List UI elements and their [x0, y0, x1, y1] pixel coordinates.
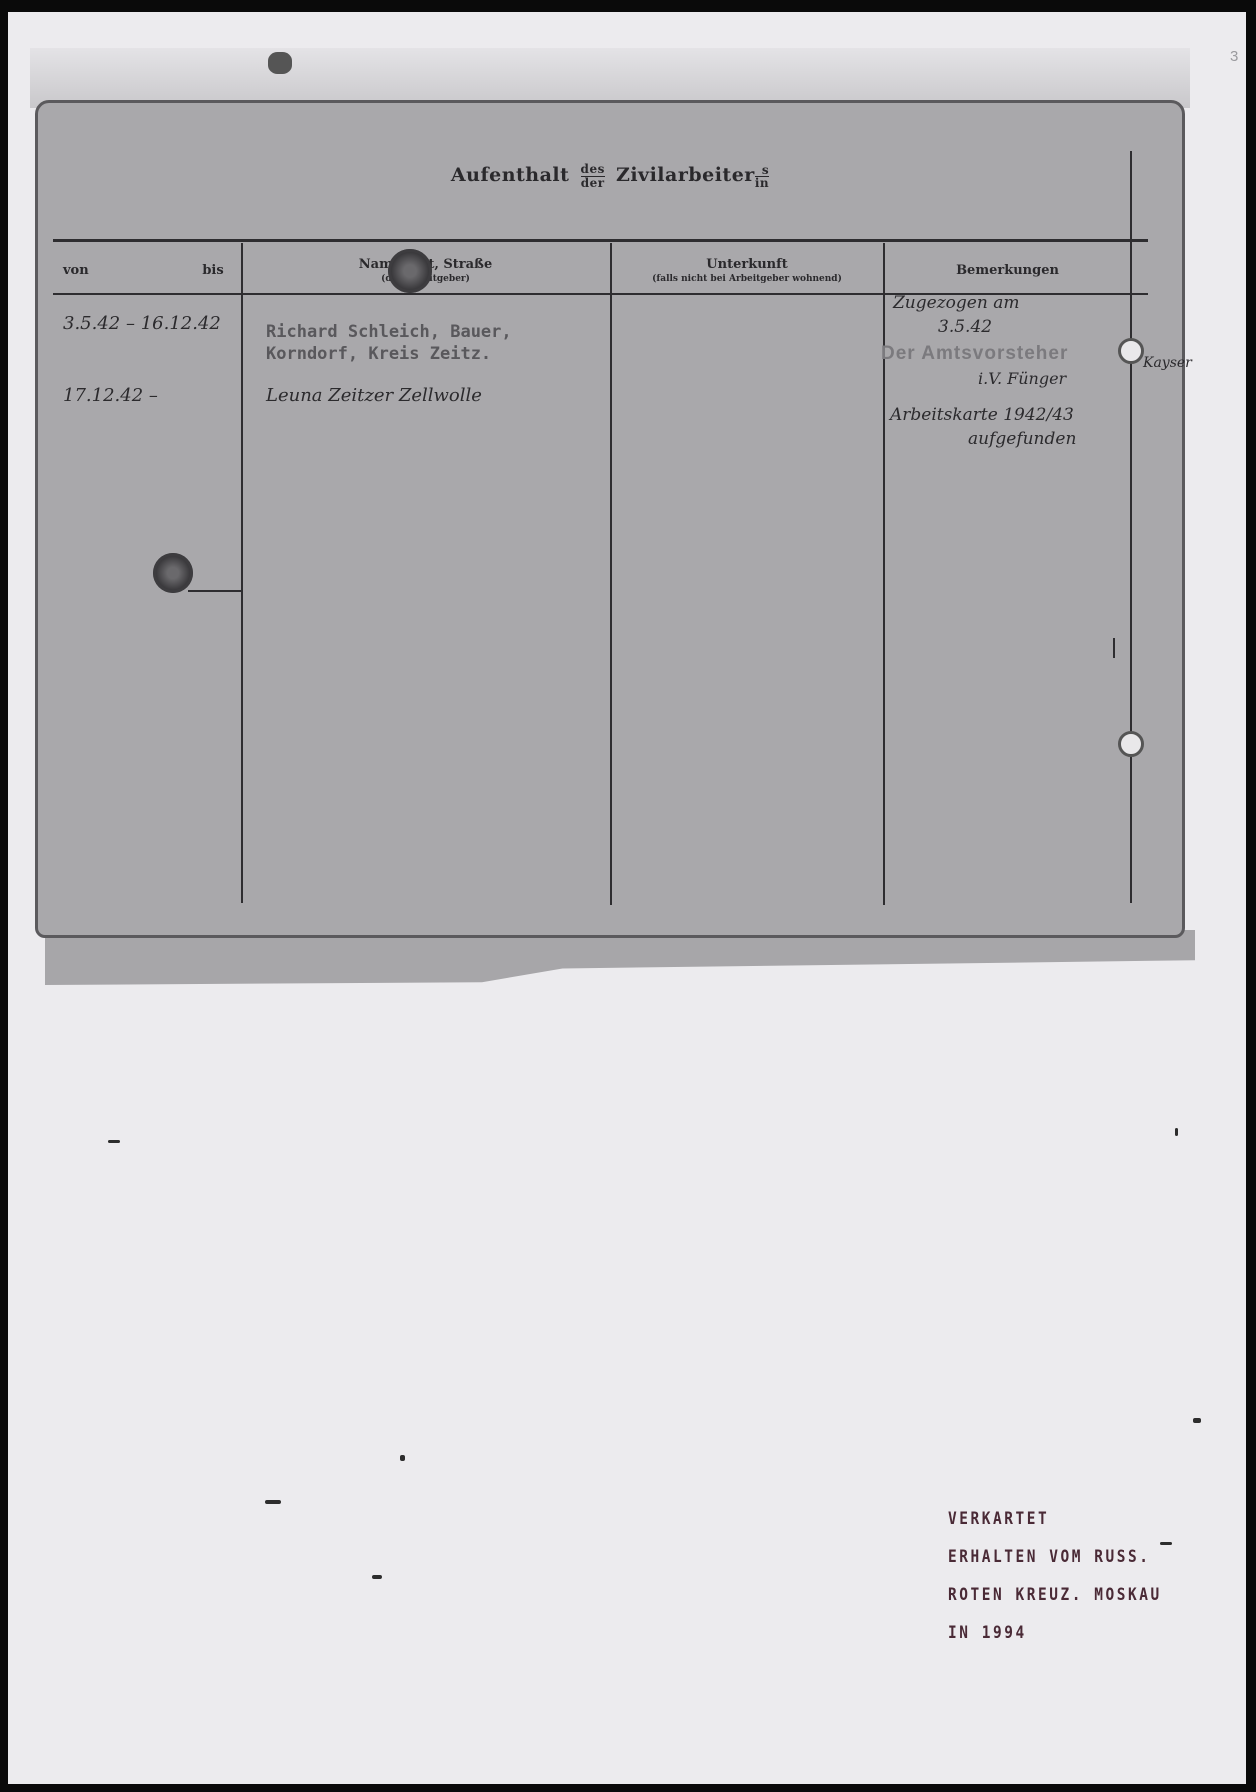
row2-period: 17.12.42 – — [63, 385, 158, 406]
speck — [1160, 1542, 1172, 1545]
col-header-bemerkungen: Bemerkungen — [885, 249, 1130, 291]
frac-bottom: der — [581, 177, 605, 189]
archive-stamp-line2: ERHALTEN VOM RUSS. — [948, 1538, 1162, 1576]
column-divider-4 — [1130, 151, 1132, 903]
speck — [400, 1455, 405, 1461]
row1-employer-line1: Richard Schleich, Bauer, — [266, 321, 512, 343]
punch-hole-top — [1118, 338, 1144, 364]
archive-stamp-line1: VERKARTET — [948, 1500, 1162, 1538]
remark-aufgefunden: aufgefunden — [968, 429, 1076, 449]
round-seal-stamp — [388, 249, 432, 293]
speck — [372, 1575, 382, 1579]
speck — [1175, 1128, 1178, 1136]
frac-bottom: in — [755, 177, 769, 189]
archive-stamp: VERKARTET ERHALTEN VOM RUSS. ROTEN KREUZ… — [948, 1500, 1162, 1652]
round-seal-stamp-lower — [153, 553, 193, 593]
frac-top: des — [581, 163, 605, 177]
archive-stamp-line3: ROTEN KREUZ. MOSKAU — [948, 1576, 1162, 1614]
remark-signature: i.V. Fünger — [978, 369, 1066, 388]
remark-arbeitskarte: Arbeitskarte 1942/43 — [890, 405, 1074, 425]
registration-card: Aufenthalt des der Zivilarbeiter s in vo… — [35, 100, 1185, 938]
row2-employer: Leuna Zeitzer Zellwolle — [266, 385, 482, 406]
col-header-von: von — [53, 249, 123, 291]
col-header-unterkunft: Unterkunft (falls nicht bei Arbeitgeber … — [612, 249, 882, 291]
punch-hole-bottom — [1118, 731, 1144, 757]
page-number: 3 — [1230, 48, 1238, 65]
seal-underline — [188, 590, 243, 592]
speck — [108, 1140, 120, 1143]
remark-date: 3.5.42 — [938, 317, 992, 337]
column-divider-2 — [610, 243, 612, 905]
speck — [1193, 1418, 1201, 1423]
title-prefix: Aufenthalt — [451, 164, 570, 186]
title-fraction-des-der: des der — [581, 163, 605, 189]
amtsvorsteher-stamp: Der Amtsvorsteher — [881, 343, 1068, 365]
column-divider-1 — [241, 243, 243, 903]
col-header-bis: bis — [188, 249, 238, 291]
remark-signature-suffix: Kayser — [1143, 355, 1192, 371]
row1-employer-line2: Korndorf, Kreis Zeitz. — [266, 343, 491, 365]
pencil-mark — [1113, 638, 1115, 658]
ink-blot — [268, 52, 292, 74]
archive-stamp-line4: IN 1994 — [948, 1614, 1162, 1652]
row1-period: 3.5.42 – 16.12.42 — [63, 313, 221, 334]
title-fraction-s-in: s in — [755, 164, 769, 189]
frac-top: s — [755, 164, 769, 177]
remark-zugezogen: Zugezogen am — [893, 293, 1019, 313]
photocopy-shadow-top — [30, 48, 1190, 108]
card-title: Aufenthalt des der Zivilarbeiter s in — [38, 163, 1182, 189]
col-header-unterkunft-sublabel: (falls nicht bei Arbeitgeber wohnend) — [652, 274, 842, 284]
table-top-rule — [53, 239, 1148, 242]
speck — [265, 1500, 281, 1504]
col-header-unterkunft-label: Unterkunft — [706, 257, 787, 272]
title-word: Zivilarbeiter — [616, 164, 755, 186]
